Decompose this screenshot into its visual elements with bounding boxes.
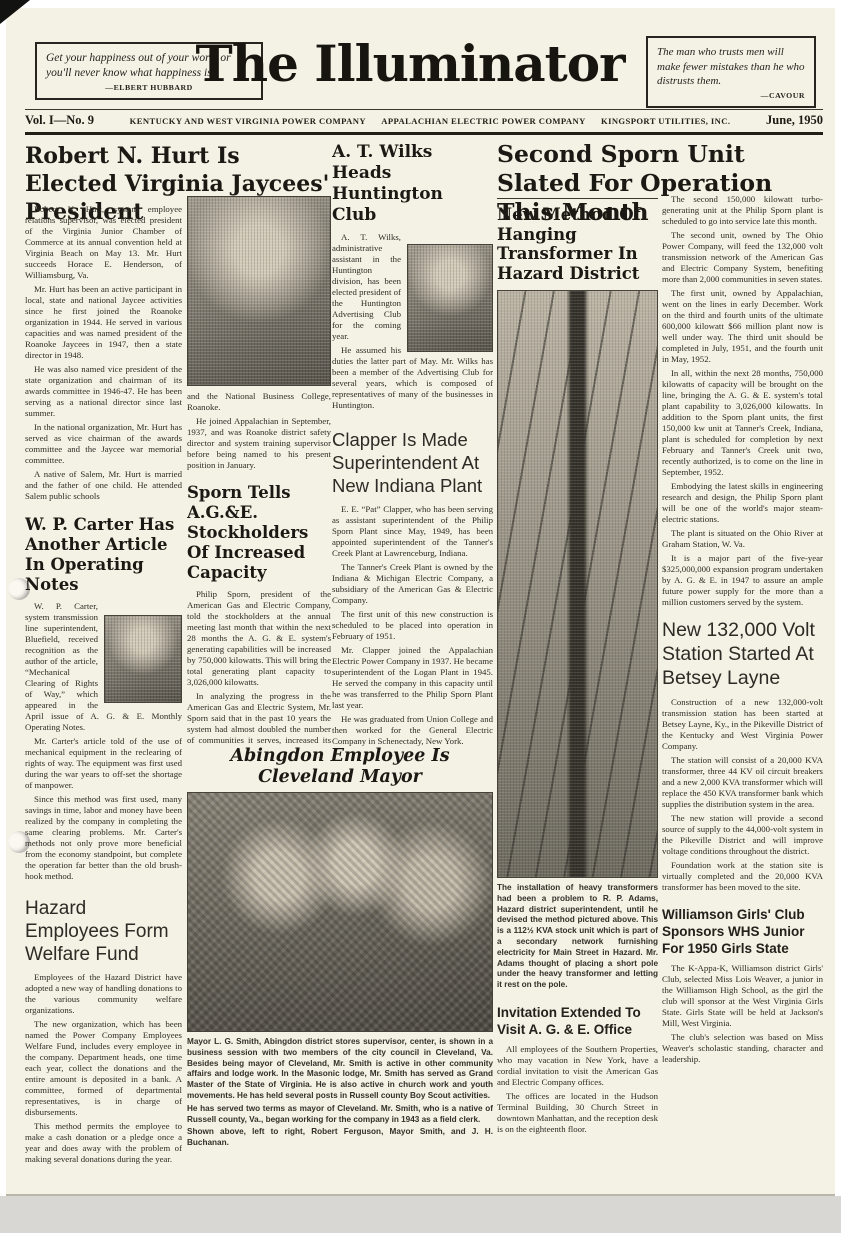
column-3: A. T. Wilks Heads Huntington Club A. T. … [332, 142, 493, 746]
abingdon-caption: Mayor L. G. Smith, Abingdon district sto… [187, 1037, 493, 1149]
paragraph: He was graduated from Union College and … [332, 714, 493, 746]
masthead-rule-top [25, 109, 823, 110]
sporn-unit-subhead: New Method Of Hanging Transformer In Haz… [497, 205, 658, 283]
company-name: APPALACHIAN ELECTRIC POWER COMPANY [381, 116, 586, 126]
sporn-subhead-rule [497, 198, 658, 199]
williamson-headline: Williamson Girls' Club Sponsors WHS Juni… [662, 906, 823, 957]
betsey-layne-body: Construction of a new 132,000-volt trans… [662, 697, 823, 893]
column-5: The second 150,000 kilowatt turbo-genera… [662, 194, 823, 1188]
caption-paragraph: Mayor L. G. Smith, Abingdon district sto… [187, 1037, 493, 1102]
paragraph: Embodying the latest skills in engineeri… [662, 481, 823, 525]
paragraph: It is a major part of the five-year $325… [662, 553, 823, 608]
column-1: Robert N. Hurt, system employee relation… [25, 204, 182, 1186]
paragraph: The first unit, owned by Appalachian, we… [662, 288, 823, 365]
paragraph: The first unit of this new construction … [332, 609, 493, 642]
hurt-article-body: Robert N. Hurt, system employee relation… [25, 204, 182, 502]
williamson-body: The K-Appa-K, Williamson district Girls'… [662, 963, 823, 1065]
paragraph: In the national organization, Mr. Hurt h… [25, 422, 182, 466]
paragraph: In all, within the next 28 months, 750,0… [662, 368, 823, 478]
carter-article-body: W. P. Carter, system transmission line s… [25, 601, 182, 882]
clapper-headline: Clapper Is Made Superintendent At New In… [332, 428, 493, 497]
paragraph: The station will consist of a 20,000 KVA… [662, 755, 823, 810]
paragraph: The K-Appa-K, Williamson district Girls'… [662, 963, 823, 1029]
right-quote-attribution: —CAVOUR [648, 91, 814, 106]
caption-paragraph: The installation of heavy transformers h… [497, 883, 658, 991]
paragraph: The second unit, owned by The Ohio Power… [662, 230, 823, 285]
paragraph: Robert N. Hurt, system employee relation… [25, 204, 182, 281]
sporn-stockholders-body: Philip Sporn, president of the American … [187, 589, 331, 746]
paragraph: In analyzing the progress in the America… [187, 691, 331, 746]
paragraph: The plant is situated on the Ohio River … [662, 528, 823, 550]
paragraph: He assumed his duties the latter part of… [332, 345, 493, 411]
transformer-pole-photo [497, 290, 658, 878]
carter-portrait-photo [104, 615, 182, 703]
paragraph: Philip Sporn, president of the American … [187, 589, 331, 688]
hurt-article-continuation: and the National Business College, Roano… [187, 391, 331, 471]
column-2: and the National Business College, Roano… [187, 196, 331, 746]
paragraph: Foundation work at the station site is v… [662, 860, 823, 893]
scanner-bed-strip [0, 1196, 841, 1233]
scan-corner-mark [0, 0, 30, 24]
company-name: KENTUCKY AND WEST VIRGINIA POWER COMPANY [130, 116, 366, 126]
hurt-portrait-photo [187, 196, 331, 386]
paragraph: The offices are located in the Hudson Te… [497, 1091, 658, 1135]
newspaper-scan: Get your happiness out of your work, or … [0, 0, 841, 1233]
abingdon-headline: Abingdon Employee Is Cleveland Mayor [187, 746, 493, 788]
dateline: Vol. I—No. 9 KENTUCKY AND WEST VIRGINIA … [25, 113, 823, 128]
paragraph: E. E. “Pat” Clapper, who has been servin… [332, 504, 493, 559]
paragraph: Employees of the Hazard District have ad… [25, 972, 182, 1016]
paragraph: Mr. Clapper joined the Appalachian Elect… [332, 645, 493, 711]
clapper-article-body: E. E. “Pat” Clapper, who has been servin… [332, 504, 493, 746]
paragraph: and the National Business College, Roano… [187, 391, 331, 413]
paragraph: The second 150,000 kilowatt turbo-genera… [662, 194, 823, 227]
hazard-welfare-headline: Hazard Employees Form Welfare Fund [25, 897, 182, 966]
carter-headline: W. P. Carter Has Another Article In Oper… [25, 515, 182, 595]
newspaper-title: The Illuminator [180, 34, 640, 93]
transformer-photo-caption: The installation of heavy transformers h… [497, 883, 658, 991]
paragraph: The new organization, which has been nam… [25, 1019, 182, 1118]
volume-number: Vol. I—No. 9 [25, 113, 94, 128]
invitation-body: All employees of the Southern Properties… [497, 1044, 658, 1135]
invitation-headline: Invitation Extended To Visit A. G. & E. … [497, 1004, 658, 1038]
paragraph: He was also named vice president of the … [25, 364, 182, 419]
masthead-right-quote-box: The man who trusts men will make fewer m… [646, 36, 816, 108]
paragraph: The club's selection was based on Miss W… [662, 1032, 823, 1065]
wilks-portrait-photo [407, 244, 493, 352]
caption-paragraph: He has served two terms as mayor of Clev… [187, 1104, 493, 1126]
abingdon-feature: Abingdon Employee Is Cleveland Mayor May… [187, 746, 493, 1151]
paragraph: Mr. Carter's article told of the use of … [25, 736, 182, 791]
paragraph: A native of Salem, Mr. Hurt is married a… [25, 469, 182, 502]
wilks-headline: A. T. Wilks Heads Huntington Club [332, 142, 493, 226]
paragraph: Mr. Hurt has been an active participant … [25, 284, 182, 361]
abingdon-group-photo [187, 792, 493, 1032]
masthead-rule-bottom [25, 132, 823, 135]
paragraph: This method permits the employee to make… [25, 1121, 182, 1165]
paragraph: The new station will provide a second so… [662, 813, 823, 857]
caption-paragraph: Shown above, left to right, Robert Fergu… [187, 1127, 493, 1149]
sporn-unit-body: The second 150,000 kilowatt turbo-genera… [662, 194, 823, 608]
column-4: New Method Of Hanging Transformer In Haz… [497, 205, 658, 1187]
paragraph: The Tanner's Creek Plant is owned by the… [332, 562, 493, 606]
paragraph: Since this method was first used, many s… [25, 794, 182, 882]
company-names: KENTUCKY AND WEST VIRGINIA POWER COMPANY… [94, 116, 766, 126]
issue-date: June, 1950 [766, 113, 823, 128]
paragraph: He joined Appalachian in September, 1937… [187, 416, 331, 471]
right-quote-text: The man who trusts men will make fewer m… [648, 38, 814, 91]
wilks-article-body: A. T. Wilks, administrative assistant in… [332, 232, 493, 411]
company-name: KINGSPORT UTILITIES, INC. [601, 116, 730, 126]
paragraph: All employees of the Southern Properties… [497, 1044, 658, 1088]
betsey-layne-headline: New 132,000 Volt Station Started At Bets… [662, 618, 823, 690]
paragraph: Construction of a new 132,000-volt trans… [662, 697, 823, 752]
hazard-welfare-body: Employees of the Hazard District have ad… [25, 972, 182, 1165]
sporn-stockholders-headline: Sporn Tells A.G.&E. Stockholders Of Incr… [187, 483, 331, 583]
